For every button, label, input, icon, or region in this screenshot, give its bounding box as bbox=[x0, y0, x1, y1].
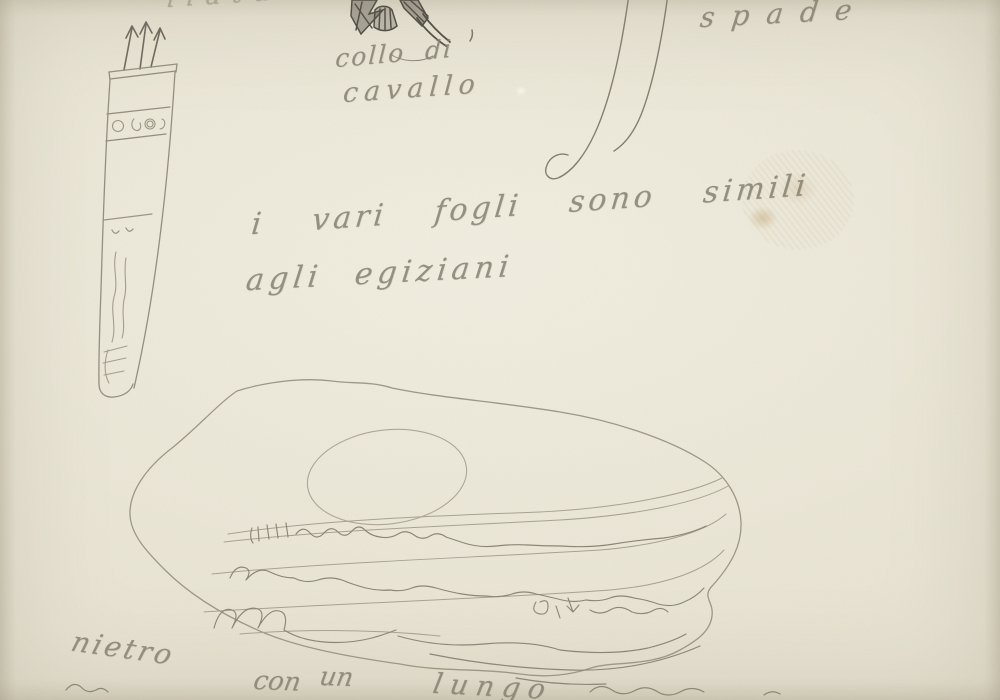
handwriting-bottom-word2: con bbox=[251, 668, 302, 695]
handwriting-bottom-word4: lungo bbox=[431, 670, 556, 700]
handwriting-bottom-word3: un bbox=[317, 664, 355, 691]
sketchbook-page: liatua collo di cavallo spade i vari fog… bbox=[0, 0, 1000, 700]
oval-dish-sketch bbox=[130, 380, 741, 685]
illegible-scribbles bbox=[214, 523, 706, 684]
quiver-with-arrows-sketch bbox=[99, 22, 177, 397]
pencil-drawing-layer bbox=[0, 0, 1000, 700]
bottom-fragment-scribbles bbox=[66, 684, 780, 695]
inner-oval bbox=[302, 421, 472, 534]
horn-shape-sketch bbox=[546, 0, 668, 179]
arrow-icons bbox=[124, 22, 165, 70]
